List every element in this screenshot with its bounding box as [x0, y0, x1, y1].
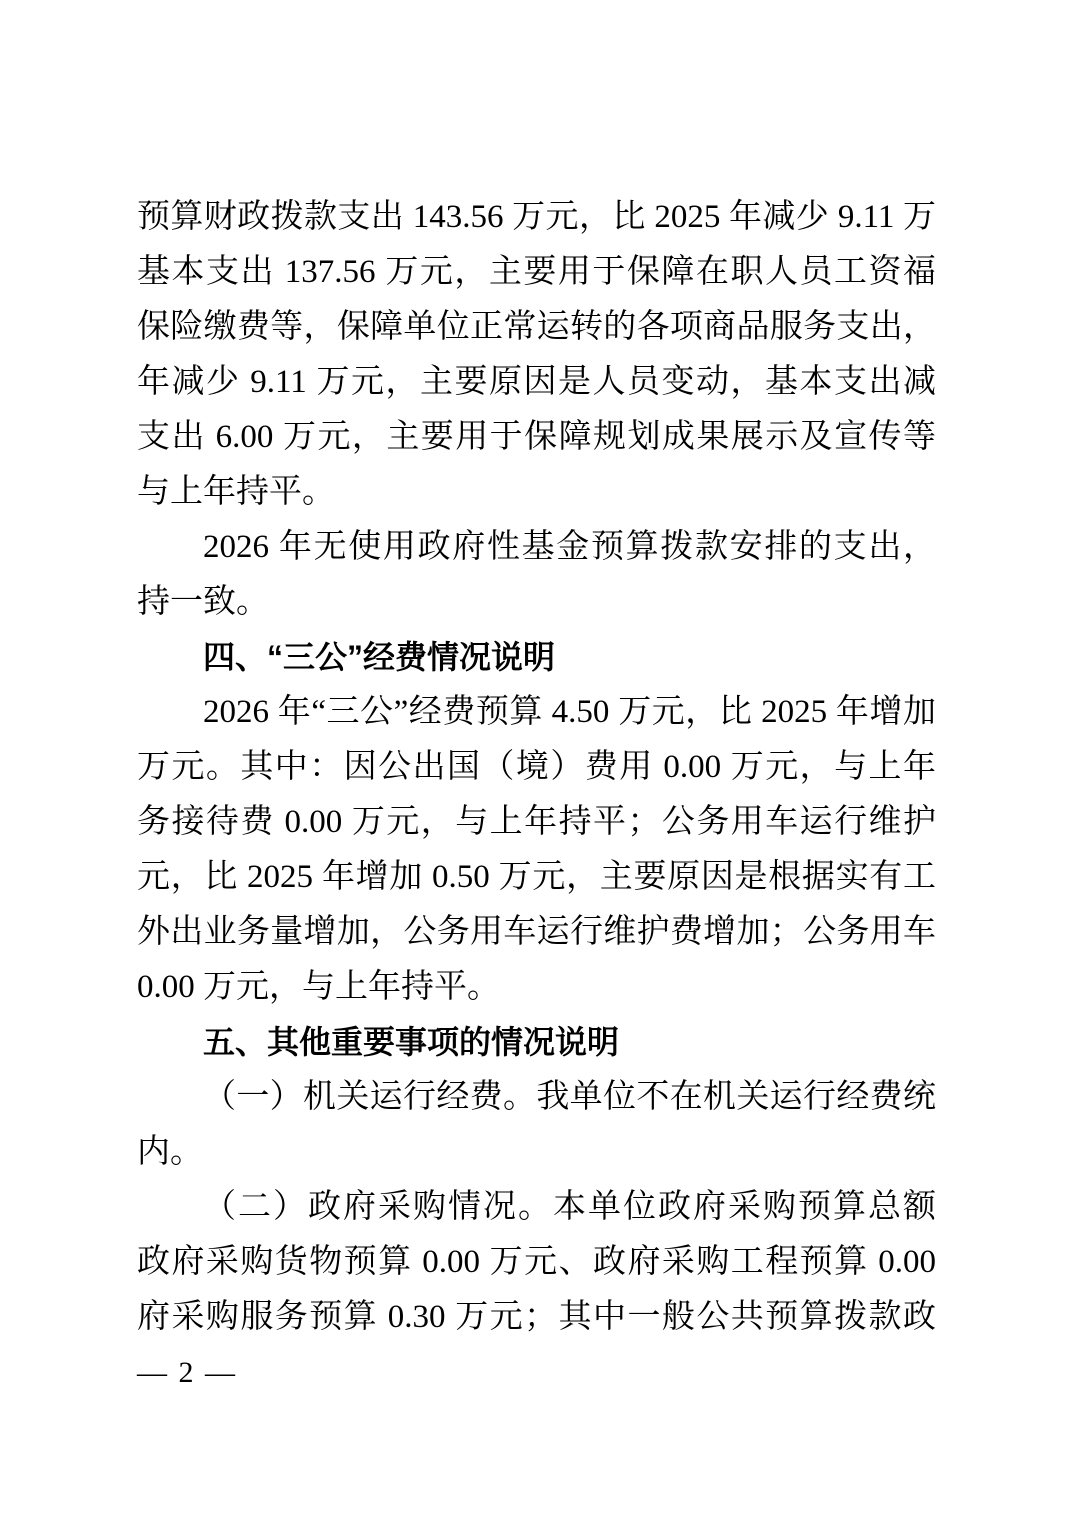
body-line-8: 持一致。: [137, 575, 936, 630]
body-line-4: 年减少 9.11 万元，主要原因是人员变动，基本支出减少；项目: [137, 355, 936, 410]
body-line-13: 元，比 2025 年增加 0.50 万元，主要原因是根据实有工作安排，: [137, 850, 936, 905]
body-line-2: 基本支出 137.56 万元，主要用于保障在职人员工资福利及社会: [137, 245, 936, 300]
body-text-block: 预算财政拨款支出 143.56 万元，比 2025 年减少 9.11 万元。其中…: [137, 190, 936, 1345]
body-line-21: 府采购服务预算 0.30 万元；其中一般公共预算拨款政府采购 0.30: [137, 1290, 936, 1345]
body-line-1: 预算财政拨款支出 143.56 万元，比 2025 年减少 9.11 万元。其中…: [137, 190, 936, 245]
body-line-15: 0.00 万元，与上年持平。: [137, 960, 936, 1015]
body-line-14: 外出业务量增加，公务用车运行维护费增加；公务用车购置费: [137, 905, 936, 960]
section-heading-5: 五、其他重要事项的情况说明: [137, 1015, 936, 1070]
page-number: — 2 —: [137, 1356, 237, 1389]
body-line-3: 保险缴费等，保障单位正常运转的各项商品服务支出，比 2025: [137, 300, 936, 355]
page-footer: — 2 —: [137, 1345, 936, 1400]
document-page: 预算财政拨款支出 143.56 万元，比 2025 年减少 9.11 万元。其中…: [0, 0, 1074, 1520]
body-line-20: 政府采购货物预算 0.00 万元、政府采购工程预算 0.00 万元、政: [137, 1235, 936, 1290]
body-line-6: 与上年持平。: [137, 465, 936, 520]
body-line-7: 2026 年无使用政府性基金预算拨款安排的支出，与上年保: [137, 520, 936, 575]
body-line-19: （二）政府采购情况。本单位政府采购预算总额 0.30 万元：: [137, 1180, 936, 1235]
body-line-12: 务接待费 0.00 万元，与上年持平；公务用车运行维护费 4.50 万: [137, 795, 936, 850]
body-line-18: 内。: [137, 1125, 936, 1180]
body-line-11: 万元。其中：因公出国（境）费用 0.00 万元，与上年持平；公: [137, 740, 936, 795]
body-line-10: 2026 年“三公”经费预算 4.50 万元，比 2025 年增加 0.50: [137, 685, 936, 740]
section-heading-4: 四、“三公”经费情况说明: [137, 630, 936, 685]
body-line-5: 支出 6.00 万元，主要用于保障规划成果展示及宣传等重点工作，: [137, 410, 936, 465]
body-line-17: （一）机关运行经费。我单位不在机关运行经费统计范围之: [137, 1070, 936, 1125]
